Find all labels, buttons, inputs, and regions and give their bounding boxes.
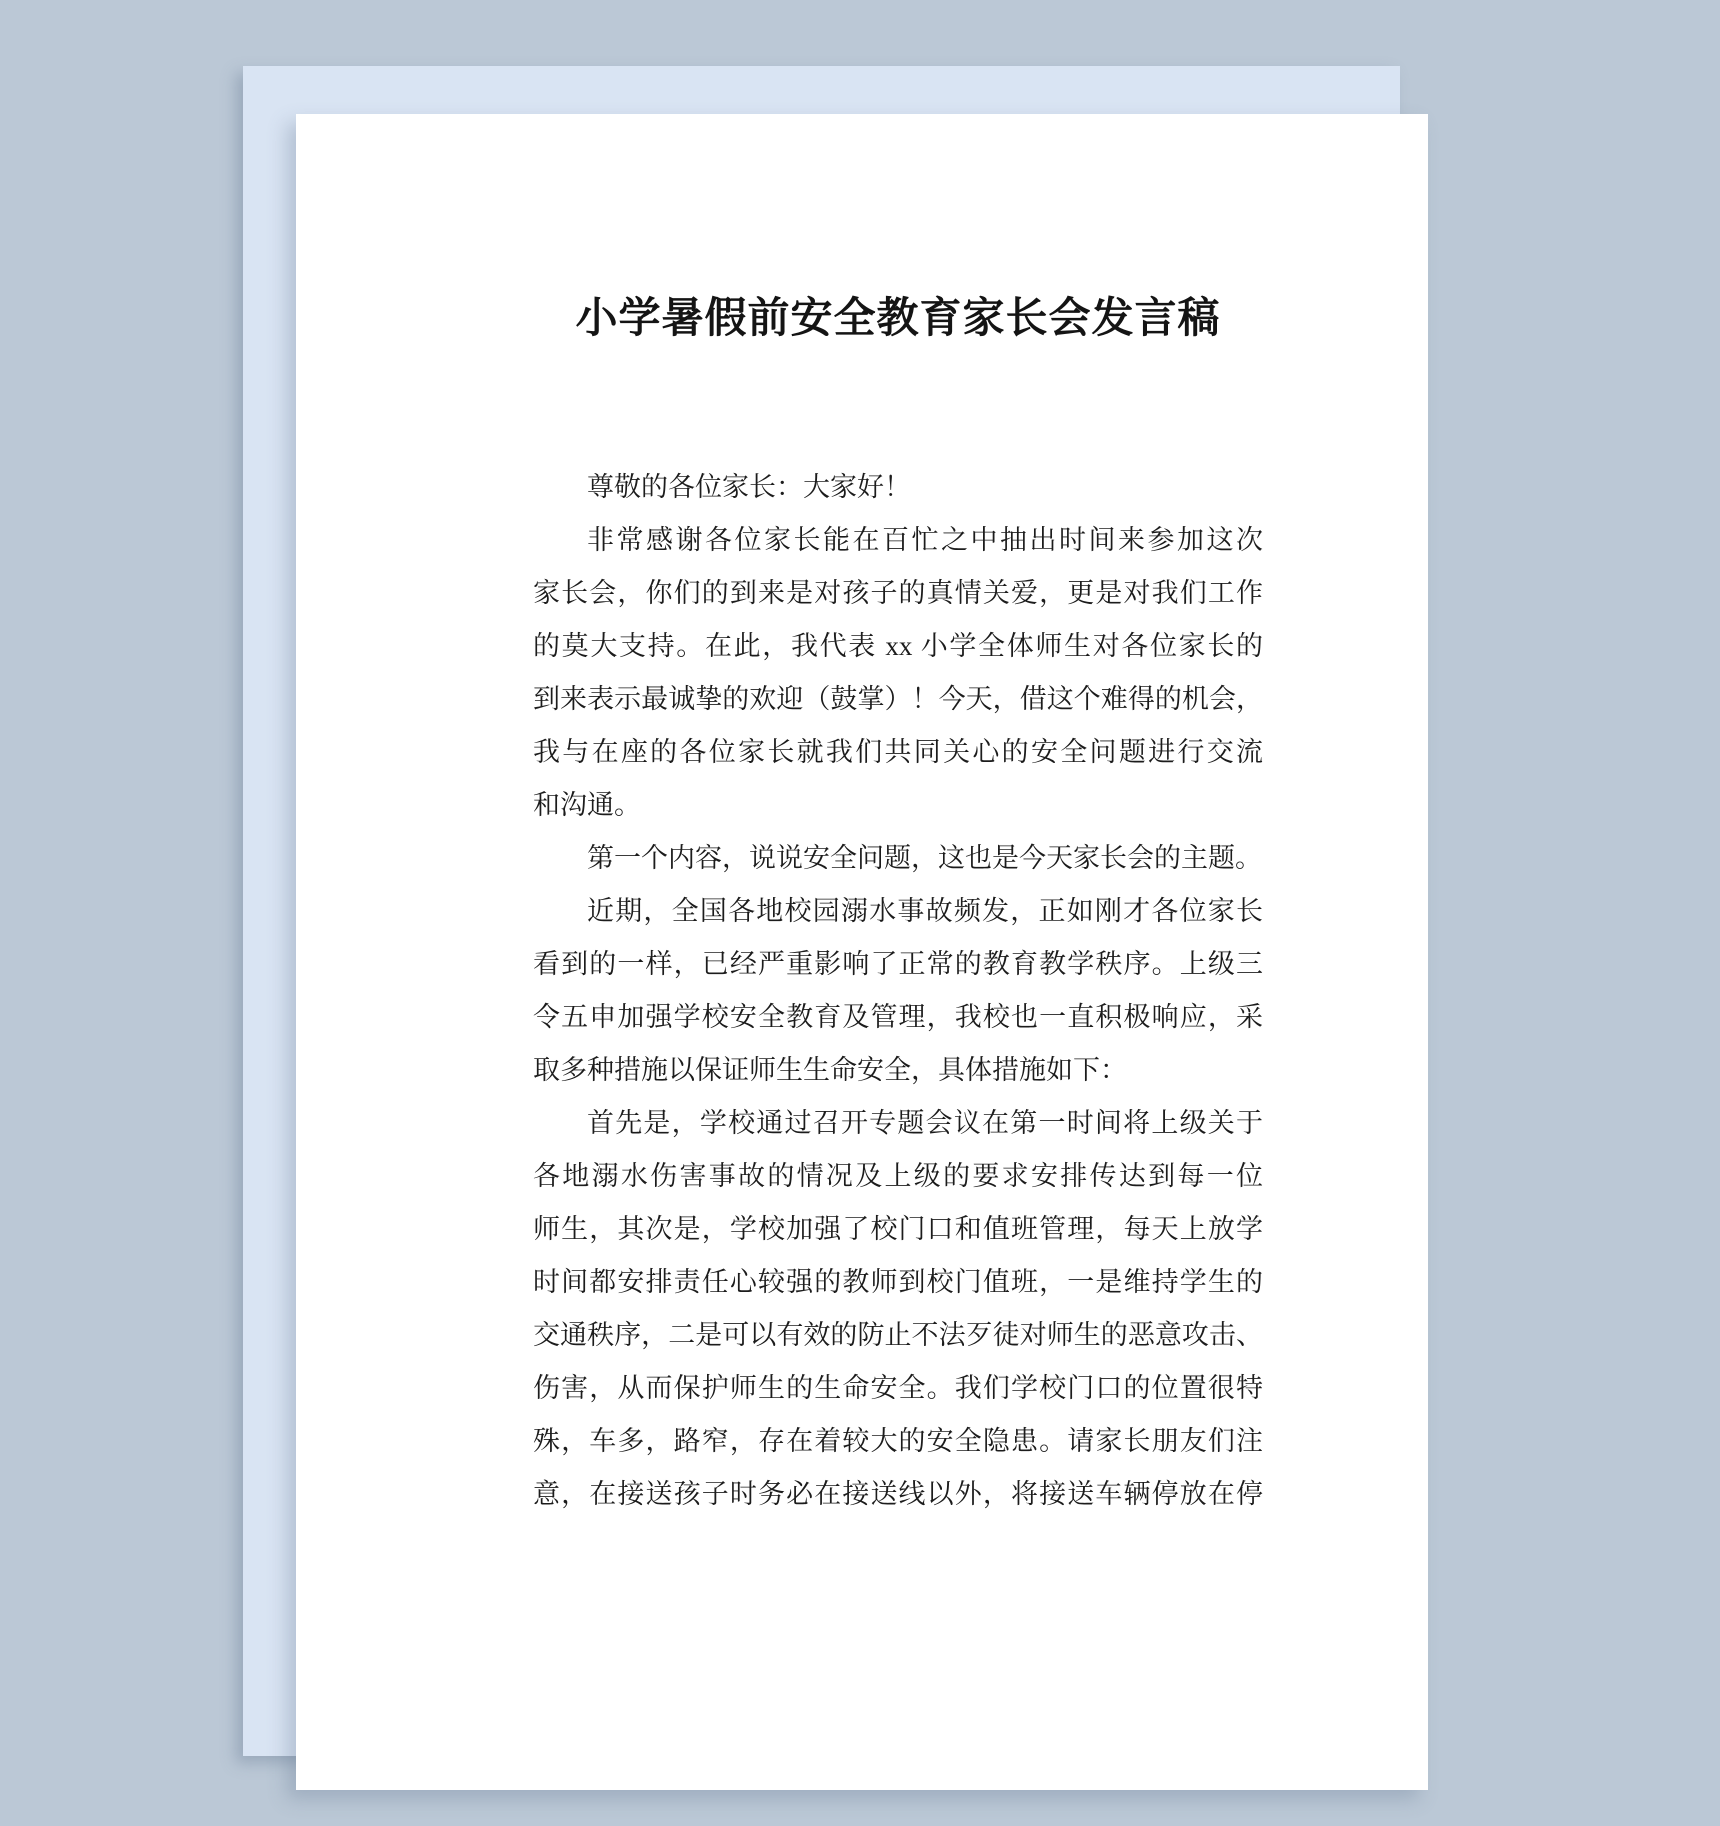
text-line: 时间都安排责任心较强的教师到校门值班，一是维持学生的	[533, 1256, 1263, 1309]
text-line: 意，在接送孩子时务必在接送线以外，将接送车辆停放在停	[533, 1468, 1263, 1521]
document-preview: 小学暑假前安全教育家长会发言稿 尊敬的各位家长：大家好！非常感谢各位家长能在百忙…	[0, 0, 1720, 1826]
text-line: 近期，全国各地校园溺水事故频发，正如刚才各位家长	[533, 885, 1263, 938]
text-line: 尊敬的各位家长：大家好！	[533, 461, 1263, 514]
text-line: 看到的一样，已经严重影响了正常的教育教学秩序。上级三	[533, 938, 1263, 991]
text-line: 殊，车多，路窄，存在着较大的安全隐患。请家长朋友们注	[533, 1415, 1263, 1468]
document-title: 小学暑假前安全教育家长会发言稿	[533, 294, 1263, 344]
text-line: 取多种措施以保证师生生命安全，具体措施如下：	[533, 1044, 1263, 1097]
text-line: 师生，其次是，学校加强了校门口和值班管理，每天上放学	[533, 1203, 1263, 1256]
document-page: 小学暑假前安全教育家长会发言稿 尊敬的各位家长：大家好！非常感谢各位家长能在百忙…	[296, 114, 1428, 1790]
text-line: 到来表示最诚挚的欢迎（鼓掌）！今天，借这个难得的机会，	[533, 673, 1263, 726]
text-line: 家长会，你们的到来是对孩子的真情关爱，更是对我们工作	[533, 567, 1263, 620]
document-body: 尊敬的各位家长：大家好！非常感谢各位家长能在百忙之中抽出时间来参加这次家长会，你…	[533, 461, 1263, 1521]
text-line: 令五申加强学校安全教育及管理，我校也一直积极响应，采	[533, 991, 1263, 1044]
text-line: 各地溺水伤害事故的情况及上级的要求安排传达到每一位	[533, 1150, 1263, 1203]
text-line: 我与在座的各位家长就我们共同关心的安全问题进行交流	[533, 726, 1263, 779]
text-line: 非常感谢各位家长能在百忙之中抽出时间来参加这次	[533, 514, 1263, 567]
text-line: 伤害，从而保护师生的生命安全。我们学校门口的位置很特	[533, 1362, 1263, 1415]
text-line: 和沟通。	[533, 779, 1263, 832]
text-line: 的莫大支持。在此，我代表 xx 小学全体师生对各位家长的	[533, 620, 1263, 673]
text-line: 首先是，学校通过召开专题会议在第一时间将上级关于	[533, 1097, 1263, 1150]
text-line: 交通秩序，二是可以有效的防止不法歹徒对师生的恶意攻击、	[533, 1309, 1263, 1362]
text-line: 第一个内容，说说安全问题，这也是今天家长会的主题。	[533, 832, 1263, 885]
